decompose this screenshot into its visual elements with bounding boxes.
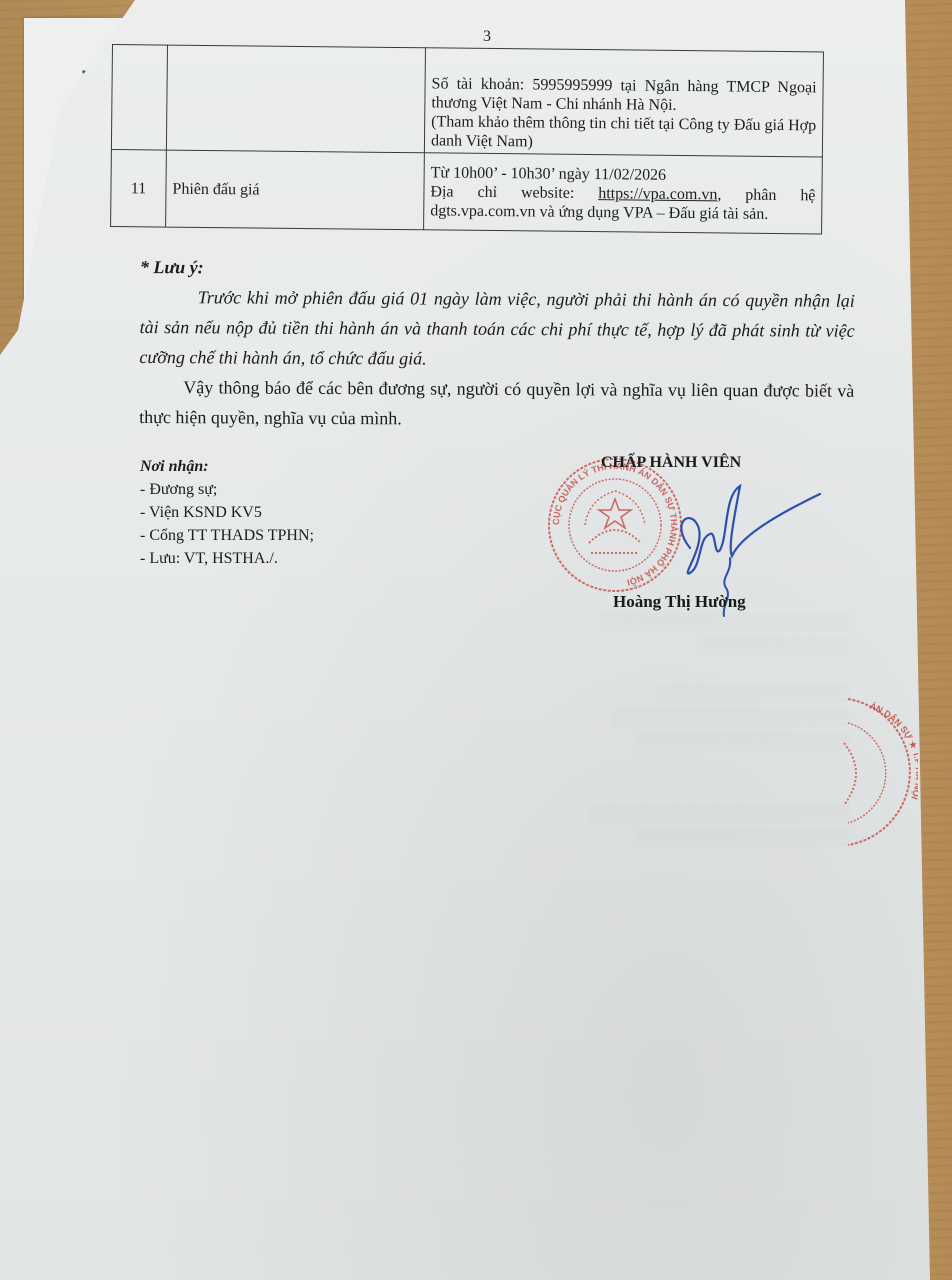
svg-text:ÁN DÂN SỰ ★ T.P HÀ NỘI: ÁN DÂN SỰ ★ T.P HÀ NỘI (868, 701, 918, 801)
bank-account-cell: Số tài khoản: 5995995999 tại Ngân hàng T… (424, 48, 823, 157)
note-section: * Lưu ý: Trước khi mở phiên đấu giá 01 n… (139, 252, 855, 436)
note-title: * Lưu ý: (140, 252, 855, 286)
signer-name: Hoàng Thị Hường (613, 592, 746, 612)
recipient-item: - Viện KSND KV5 (140, 501, 314, 524)
table-row: Số tài khoản: 5995995999 tại Ngân hàng T… (111, 45, 823, 157)
table-row: 11 Phiên đấu giá Từ 10h00’ - 10h30’ ngày… (111, 149, 823, 233)
reference-text: (Tham khảo thêm thông tin chi tiết tại C… (431, 112, 816, 154)
recipient-item: - Đương sự; (140, 478, 314, 501)
signer-title: CHẤP HÀNH VIÊN (601, 454, 741, 472)
closing-paragraph: Vậy thông báo để các bên đương sự, người… (139, 372, 854, 436)
note-paragraph: Trước khi mở phiên đấu giá 01 ngày làm v… (139, 282, 854, 376)
auction-website-text: Địa chỉ website: https://vpa.com.vn, phâ… (430, 182, 815, 224)
recipients-block: Nơi nhận: - Đương sự; - Viện KSND KV5 - … (140, 455, 314, 570)
bank-account-text: Số tài khoản: 5995995999 tại Ngân hàng T… (431, 74, 816, 116)
recipient-item: - Cổng TT THADS TPHN; (140, 524, 314, 547)
recipient-item: - Lưu: VT, HSTHA./. (140, 547, 314, 570)
auction-info-table: Số tài khoản: 5995995999 tại Ngân hàng T… (110, 44, 824, 234)
page-number: 3 (483, 28, 491, 46)
document-page: ░░░░░░░░░░░░░░░░░░░░░░░░░░░░░░░░░░░░░░░░… (0, 0, 952, 1280)
auction-session-cell: Từ 10h00’ - 10h30’ ngày 11/02/2026 Địa c… (424, 153, 823, 234)
row-number-cell (111, 45, 167, 151)
row-number-cell: 11 (111, 149, 167, 227)
row-label-cell: Phiên đấu giá (166, 150, 425, 230)
page-seal-stamp-icon: ÁN DÂN SỰ ★ T.P HÀ NỘI (838, 695, 918, 850)
row-label-cell (166, 45, 425, 153)
website-link[interactable]: https://vpa.com.vn (598, 185, 717, 203)
recipients-title: Nơi nhận: (140, 455, 314, 478)
